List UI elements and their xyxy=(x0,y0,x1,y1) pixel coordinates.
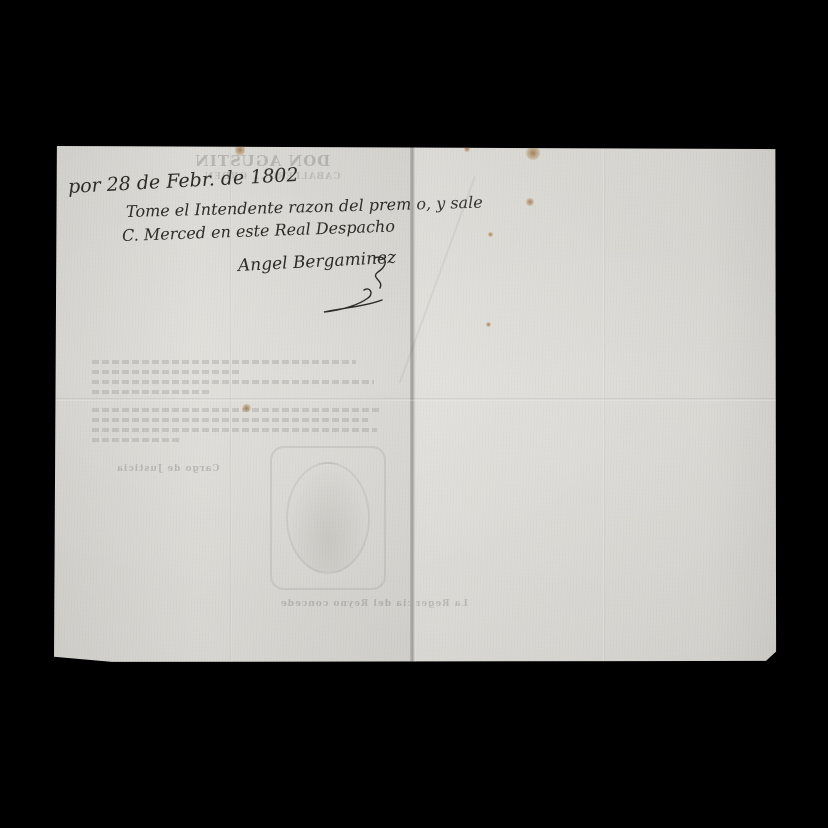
bleed-through-paragraph-2 xyxy=(92,408,392,442)
bleed-line xyxy=(92,408,380,412)
bleed-line xyxy=(92,360,356,364)
bleed-line xyxy=(92,428,377,432)
bleed-line xyxy=(92,438,182,442)
fold-crease xyxy=(603,146,605,664)
foxing-stain xyxy=(526,146,540,160)
handwritten-annotation-line-2: C. Merced en este Real Despacho xyxy=(122,216,396,245)
seal-emblem xyxy=(286,462,370,574)
foxing-stain xyxy=(242,404,251,412)
bleed-line xyxy=(92,390,212,394)
signature-rubric-icon xyxy=(304,250,394,320)
embossed-seal xyxy=(270,446,386,590)
bleed-line xyxy=(92,380,374,384)
foxing-stain xyxy=(488,232,493,237)
right-page xyxy=(416,146,779,664)
document-sheet: DON AGUSTIN CABALLERO ... ORDEN Cargo de… xyxy=(54,146,779,664)
fold-crease xyxy=(230,146,232,664)
bleed-through-paragraph-1 xyxy=(92,360,392,394)
foxing-stain xyxy=(526,198,534,206)
left-page: DON AGUSTIN CABALLERO ... ORDEN Cargo de… xyxy=(54,146,410,664)
fold-crease-horizontal xyxy=(54,398,779,401)
handwritten-date: por 28 de Febr. de 1802 xyxy=(67,164,299,198)
bleed-through-caption: Cargo de Justicia xyxy=(116,464,220,474)
foxing-stain xyxy=(486,322,491,327)
bleed-line xyxy=(92,370,242,374)
